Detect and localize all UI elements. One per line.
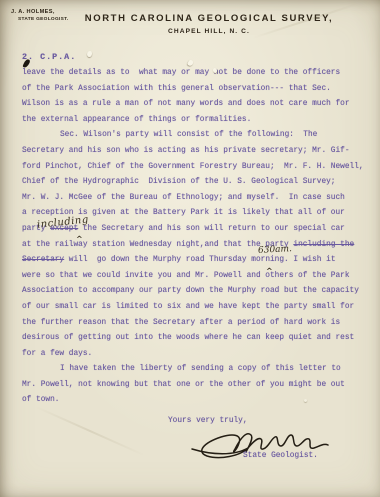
typed-text: Chief of the Hydrographic Division of th…	[22, 178, 336, 186]
letter-line: Chief of the Hydrographic Division of th…	[22, 178, 374, 194]
letter-line: were so that we could invite you and Mr.…	[22, 272, 374, 288]
letter-line: Mr. Powell, not knowing but that one or …	[22, 381, 374, 397]
struck-text: including the	[293, 241, 354, 249]
typed-text: Mr. Powell, not knowing but that one or …	[22, 381, 345, 389]
typed-text: leave the details as to what may or may …	[22, 69, 340, 77]
letter-body: 2. C.P.A. leave the details as to what m…	[22, 52, 374, 412]
letter-line: Wilson is as a rule a man of not many wo…	[22, 100, 374, 116]
letter-line: for a few days.	[22, 350, 374, 366]
typed-text: of town.	[22, 396, 59, 404]
letter-line: Secretary will go down the Murphy road T…	[22, 256, 374, 272]
typed-text: the Secretary and his son will return to…	[78, 225, 345, 233]
letter-line: Mr. W. J. McGee of the Bureau of Ethnolo…	[22, 194, 374, 210]
typed-text: desirous of getting out into the woods w…	[22, 334, 354, 342]
valediction: Yours very truly,	[168, 417, 248, 425]
page-heading: 2. C.P.A.	[22, 52, 374, 62]
letter-line: the external appearance of things or for…	[22, 116, 374, 132]
letter-line: Secretary and his son who is acting as h…	[22, 147, 374, 163]
letter-line: ford Pinchot, Chief of the Government Fo…	[22, 163, 374, 179]
letter-line: of town.	[22, 396, 374, 412]
paper-crease	[35, 406, 145, 457]
typed-text: Association to accompany our party down …	[22, 287, 359, 295]
letter-line: leave the details as to what may or may …	[22, 69, 374, 85]
typed-text: the external appearance of things or for…	[22, 116, 251, 124]
typed-text: of our small car is limited to six and w…	[22, 303, 354, 311]
typed-text: Secretary and his son who is acting as h…	[22, 147, 350, 155]
letter-line: party except the Secretary and his son w…	[22, 225, 374, 241]
typed-text: ford Pinchot, Chief of the Government Fo…	[22, 163, 364, 171]
typed-text: the further reason that the Secretary af…	[22, 319, 340, 327]
letter-line: of the Park Association with this genera…	[22, 85, 374, 101]
letter-lines: leave the details as to what may or may …	[22, 69, 374, 412]
typed-text: were so that we could invite you and Mr.…	[22, 272, 350, 280]
letter-line: Sec. Wilson's party will consist of the …	[22, 131, 374, 147]
typed-text: of the Park Association with this genera…	[22, 85, 331, 93]
letter-line: Association to accompany our party down …	[22, 287, 374, 303]
typed-text: I have taken the liberty of sending a co…	[60, 365, 341, 373]
typed-text: Mr. W. J. McGee of the Bureau of Ethnolo…	[22, 194, 345, 202]
letter-line: the further reason that the Secretary af…	[22, 319, 374, 335]
letter-line: desirous of getting out into the woods w…	[22, 334, 374, 350]
letter-line: of our small car is limited to six and w…	[22, 303, 374, 319]
time-insertion-caret: ^	[266, 266, 273, 276]
letter-line: at the railway station Wednesday night,a…	[22, 241, 374, 257]
handwritten-time-note: 630am.	[258, 244, 292, 256]
letterhead-location: CHAPEL HILL, N. C.	[0, 28, 380, 35]
paper-fleck	[304, 399, 307, 402]
signature-title: State Geologist.	[243, 452, 318, 460]
typed-text: Wilson is as a rule a man of not many wo…	[22, 100, 350, 108]
letterhead-organization: NORTH CAROLINA GEOLOGICAL SURVEY,	[0, 13, 380, 24]
typed-text: will go down the Murphy road Thursday mo…	[64, 256, 335, 264]
letter-line: I have taken the liberty of sending a co…	[22, 365, 374, 381]
insertion-caret: ^	[76, 234, 83, 244]
typed-text: at the railway station Wednesday night,a…	[22, 241, 293, 249]
typed-text: for a few days.	[22, 350, 92, 358]
struck-text: Secretary	[22, 256, 64, 264]
typed-text: Sec. Wilson's party will consist of the …	[60, 131, 317, 139]
scanned-letter-page: J. A. HOLMES, STATE GEOLOGIST. NORTH CAR…	[0, 0, 380, 497]
